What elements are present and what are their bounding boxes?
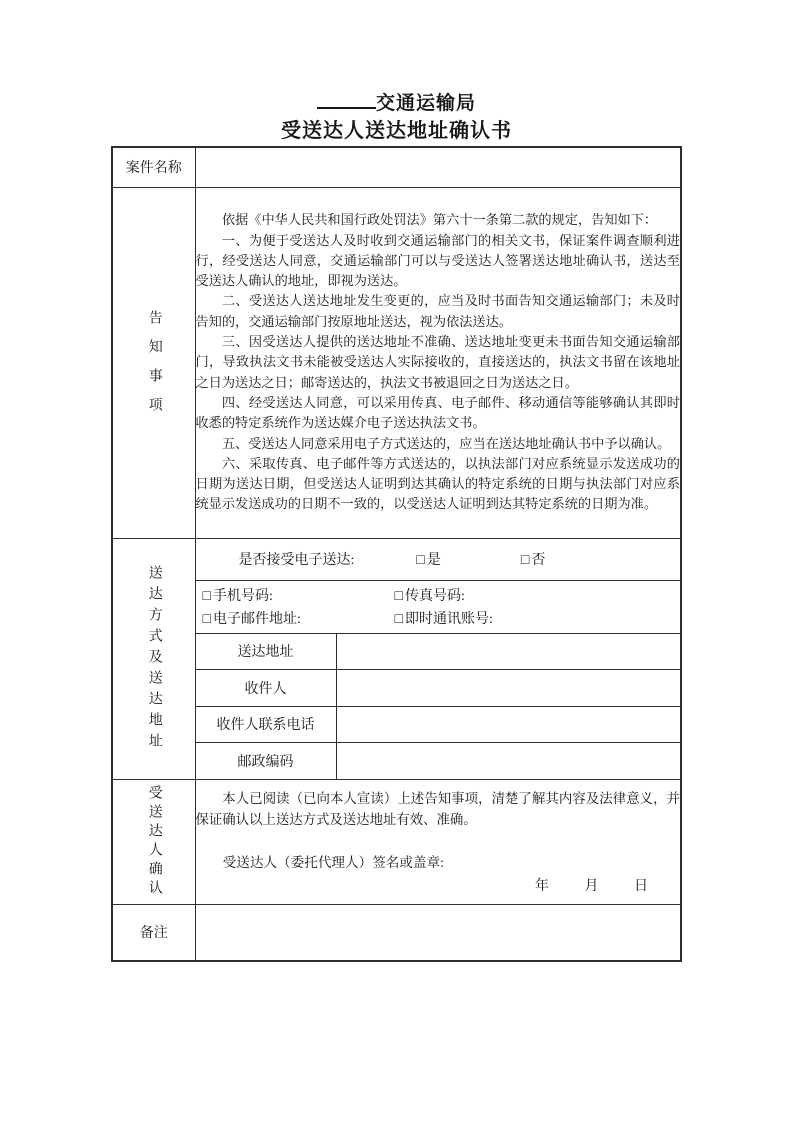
checkbox-fax-icon[interactable]: □ bbox=[395, 589, 403, 604]
signature-label: 受送达人（委托代理人）签名或盖章: bbox=[196, 851, 681, 871]
notice-label: 告知事项 bbox=[147, 310, 161, 426]
notice-paragraph: 五、受送达人同意采用电子方式送达的，应当在送达地址确认书中予以确认。 bbox=[196, 434, 681, 454]
electronic-yes-label: 是 bbox=[427, 553, 441, 568]
notice-row: 告知事项 依据《中华人民共和国行政处罚法》第六十一条第二款的规定，告知如下： 一… bbox=[112, 187, 681, 538]
electronic-no-option[interactable]: □否 bbox=[521, 549, 545, 569]
confirmation-content: 本人已阅读（已向本人宣读）上述告知事项，清楚了解其内容及法律意义，并保证确认以上… bbox=[195, 779, 681, 904]
case-name-label: 案件名称 bbox=[112, 147, 195, 187]
channel-email-label: 电子邮件地址: bbox=[213, 612, 301, 627]
remarks-label: 备注 bbox=[112, 904, 195, 961]
notice-paragraph: 依据《中华人民共和国行政处罚法》第六十一条第二款的规定，告知如下： bbox=[196, 210, 681, 230]
electronic-service-question: 是否接受电子送达: bbox=[239, 549, 355, 569]
checkbox-mobile-icon[interactable]: □ bbox=[203, 589, 211, 604]
notice-paragraph: 一、为便于受送达人及时收到交通运输部门的相关文书，保证案件调查顺利进行，经受送达… bbox=[196, 231, 681, 292]
checkbox-im-icon[interactable]: □ bbox=[395, 612, 403, 627]
notice-paragraph: 六、采取传真、电子邮件等方式送达的，以执法部门对应系统显示发送成功的日期为送达日… bbox=[196, 454, 681, 515]
electronic-no-label: 否 bbox=[531, 553, 545, 568]
recipient-row: 收件人 bbox=[196, 670, 681, 707]
date-month-label: 月 bbox=[585, 879, 599, 894]
remarks-row: 备注 bbox=[112, 904, 681, 961]
postal-code-row: 邮政编码 bbox=[196, 743, 681, 779]
delivery-content: 是否接受电子送达: □是 □否 □手机号码: □传真号码: □电子邮件地址: □… bbox=[195, 538, 681, 779]
channel-im-option[interactable]: □即时通讯账号: bbox=[395, 608, 681, 628]
confirmation-row: 受送达人确认 本人已阅读（已向本人宣读）上述告知事项，清楚了解其内容及法律意义，… bbox=[112, 779, 681, 904]
postal-code-label: 邮政编码 bbox=[196, 743, 337, 779]
notice-paragraph: 四、经受送达人同意，可以采用传真、电子邮件、移动通信等能够确认其即时收悉的特定系… bbox=[196, 393, 681, 434]
electronic-yes-option[interactable]: □是 bbox=[416, 549, 440, 569]
channel-mobile-label: 手机号码: bbox=[213, 589, 273, 604]
date-year-label: 年 bbox=[535, 879, 549, 894]
recipient-label: 收件人 bbox=[196, 670, 337, 706]
channel-fax-label: 传真号码: bbox=[405, 589, 465, 604]
delivery-label: 送达方式及送达地址 bbox=[147, 565, 161, 754]
org-title-line: 交通运输局 bbox=[0, 91, 793, 117]
case-name-row: 案件名称 bbox=[112, 147, 681, 187]
channel-fax-option[interactable]: □传真号码: bbox=[395, 585, 681, 605]
case-name-value-cell[interactable] bbox=[195, 147, 681, 187]
date-line: 年 月 日 bbox=[196, 875, 681, 895]
document-header: 交通运输局 受送达人送达地址确认书 bbox=[0, 0, 793, 145]
checkbox-no-icon[interactable]: □ bbox=[521, 553, 529, 568]
delivery-subtable: 是否接受电子送达: □是 □否 □手机号码: □传真号码: □电子邮件地址: □… bbox=[196, 539, 681, 779]
delivery-address-label: 送达地址 bbox=[196, 634, 337, 670]
org-title: 交通运输局 bbox=[376, 93, 476, 114]
recipient-value-cell[interactable] bbox=[337, 670, 681, 706]
remarks-value-cell[interactable] bbox=[195, 904, 681, 961]
delivery-label-cell: 送达方式及送达地址 bbox=[112, 538, 195, 779]
channel-mobile-option[interactable]: □手机号码: bbox=[203, 585, 395, 605]
notice-paragraph: 三、因受送达人提供的送达地址不准确、送达地址变更未书面告知交通运输部门，导致执法… bbox=[196, 332, 681, 393]
notice-label-cell: 告知事项 bbox=[112, 187, 195, 538]
delivery-address-row: 送达地址 bbox=[196, 634, 681, 671]
channel-email-option[interactable]: □电子邮件地址: bbox=[203, 608, 395, 628]
electronic-service-row: 是否接受电子送达: □是 □否 bbox=[196, 539, 681, 581]
recipient-phone-value-cell[interactable] bbox=[337, 707, 681, 743]
date-day-label: 日 bbox=[634, 879, 648, 894]
document-page: 交通运输局 受送达人送达地址确认书 案件名称 告知事项 依据《中华人民共和国行政… bbox=[0, 0, 793, 1122]
checkbox-email-icon[interactable]: □ bbox=[203, 612, 211, 627]
contact-channels-row: □手机号码: □传真号码: □电子邮件地址: □即时通讯账号: bbox=[196, 581, 681, 634]
confirmation-statement: 本人已阅读（已向本人宣读）上述告知事项，清楚了解其内容及法律意义，并保证确认以上… bbox=[196, 788, 681, 830]
confirmation-label-cell: 受送达人确认 bbox=[112, 779, 195, 904]
channel-im-label: 即时通讯账号: bbox=[405, 612, 493, 627]
checkbox-yes-icon[interactable]: □ bbox=[416, 553, 424, 568]
postal-code-value-cell[interactable] bbox=[337, 743, 681, 779]
delivery-address-value-cell[interactable] bbox=[337, 634, 681, 670]
recipient-phone-label: 收件人联系电话 bbox=[196, 707, 337, 743]
document-title: 受送达人送达地址确认书 bbox=[0, 117, 793, 145]
confirmation-label: 受送达人确认 bbox=[147, 785, 161, 899]
org-name-blank-underline bbox=[317, 91, 376, 109]
delivery-row: 送达方式及送达地址 是否接受电子送达: □是 □否 □手机号码: □传真号码: … bbox=[112, 538, 681, 779]
notice-content: 依据《中华人民共和国行政处罚法》第六十一条第二款的规定，告知如下： 一、为便于受… bbox=[195, 187, 681, 538]
notice-paragraph: 二、受送达人送达地址发生变更的，应当及时书面告知交通运输部门；未及时告知的，交通… bbox=[196, 291, 681, 332]
address-confirmation-form: 案件名称 告知事项 依据《中华人民共和国行政处罚法》第六十一条第二款的规定，告知… bbox=[111, 146, 682, 962]
recipient-phone-row: 收件人联系电话 bbox=[196, 707, 681, 744]
